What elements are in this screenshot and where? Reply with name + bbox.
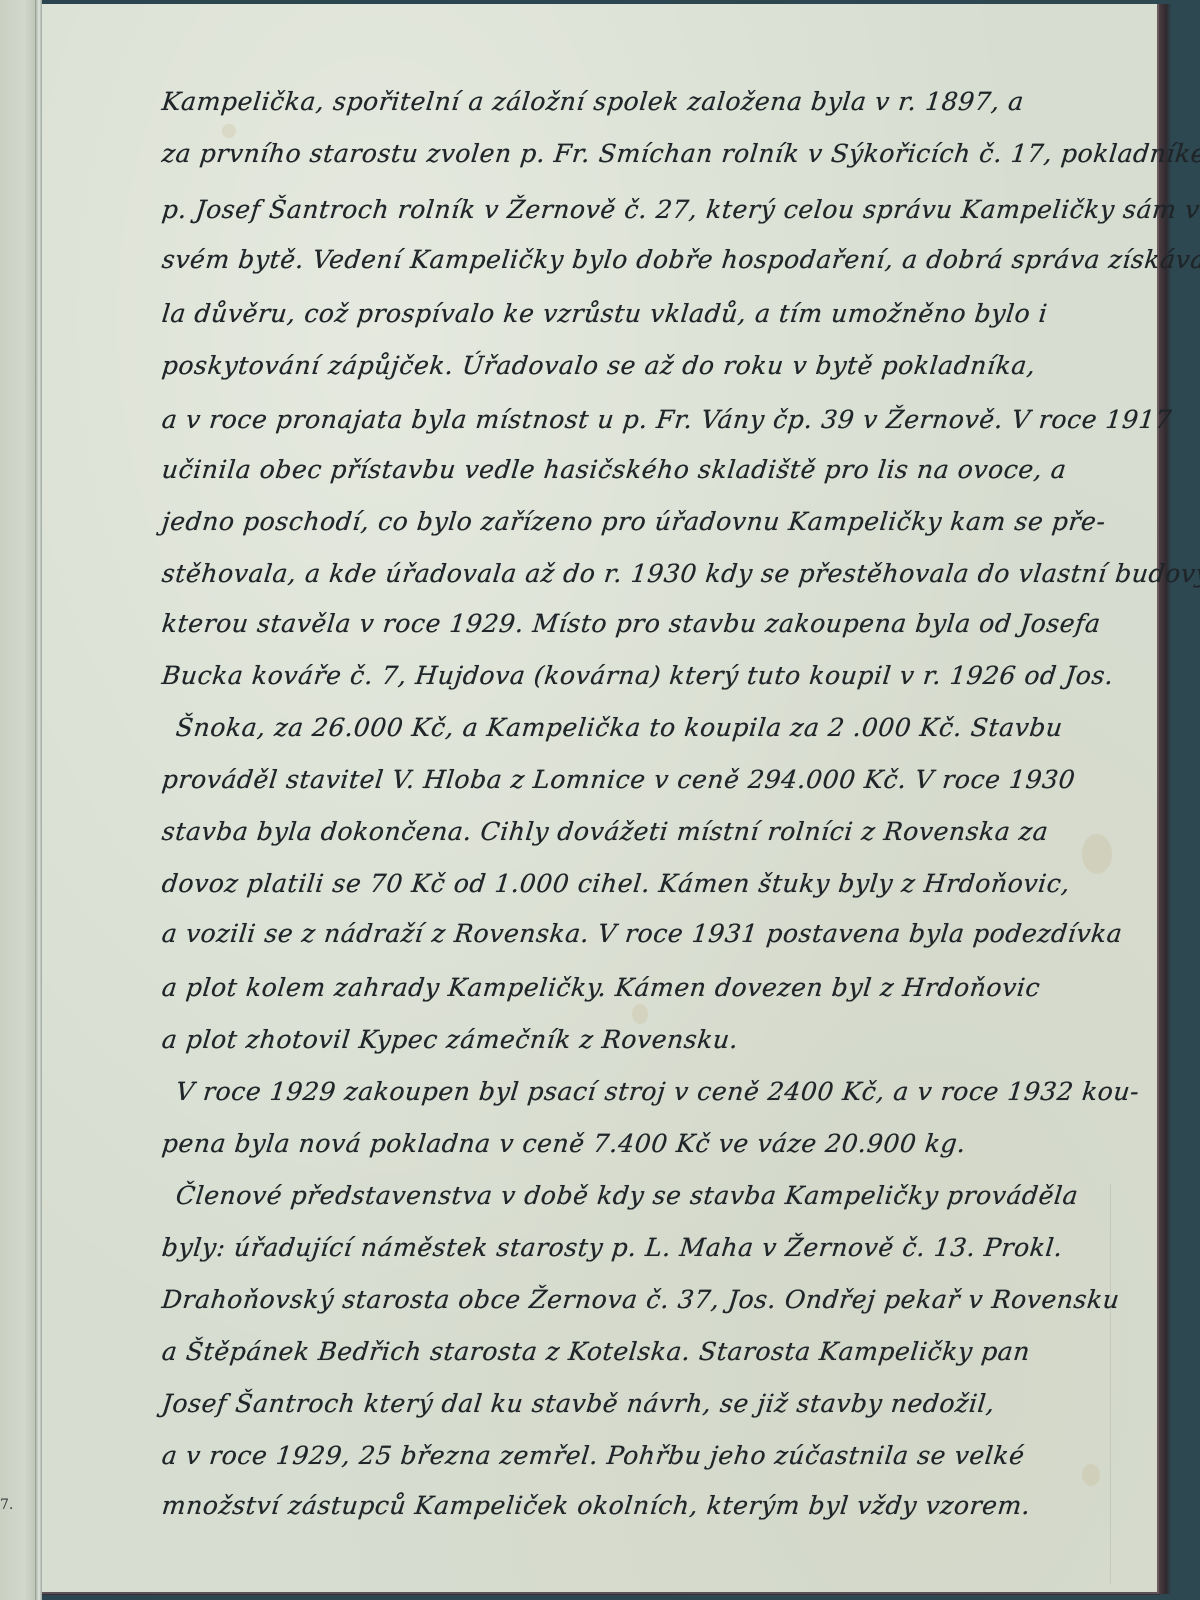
text-line: dovoz platili se 70 Kč od 1.000 cihel. K…: [160, 864, 1154, 904]
text-line: a v roce 1929, 25 března zemřel. Pohřbu …: [160, 1436, 1154, 1476]
text-line: V roce 1929 zakoupen byl psací stroj v c…: [160, 1072, 1154, 1112]
text-line: Bucka kováře č. 7, Hujdova (kovárna) kte…: [160, 656, 1154, 696]
text-line: za prvního starostu zvolen p. Fr. Smícha…: [160, 134, 1154, 174]
text-line: Kampelička, spořitelní a záložní spolek …: [160, 82, 1154, 122]
text-line: pena byla nová pokladna v ceně 7.400 Kč …: [160, 1124, 1154, 1164]
text-line: stavba byla dokončena. Cihly dovážeti mí…: [160, 812, 1154, 852]
left-page-edge: 7.: [0, 0, 36, 1600]
text-line: jedno poschodí, co bylo zařízeno pro úřa…: [160, 502, 1154, 542]
text-line: a plot zhotovil Kypec zámečník z Rovensk…: [160, 1020, 1154, 1060]
text-line: Josef Šantroch který dal ku stavbě návrh…: [160, 1384, 1154, 1424]
text-line: a v roce pronajata byla místnost u p. Fr…: [160, 400, 1154, 440]
text-line: poskytování zápůjček. Úřadovalo se až do…: [160, 346, 1154, 386]
text-line: učinila obec přístavbu vedle hasičského …: [160, 450, 1154, 490]
text-line: Členové představenstva v době kdy se sta…: [160, 1176, 1154, 1216]
text-line: svém bytě. Vedení Kampeličky bylo dobře …: [160, 240, 1154, 280]
handwritten-page: Kampelička, spořitelní a záložní spolek …: [42, 4, 1160, 1594]
text-line: a plot kolem zahrady Kampeličky. Kámen d…: [160, 968, 1154, 1008]
text-line: la důvěru, což prospívalo ke vzrůstu vkl…: [160, 294, 1154, 334]
text-line: stěhovala, a kde úřadovala až do r. 1930…: [160, 554, 1154, 594]
page-stack-edge: [1159, 4, 1171, 1594]
scanned-book-spread: 7. Kampelička, spořitelní a záložní spol…: [0, 0, 1200, 1600]
text-line: a Štěpánek Bedřich starosta z Kotelska. …: [160, 1332, 1154, 1372]
text-line: kterou stavěla v roce 1929. Místo pro st…: [160, 604, 1154, 644]
text-line: Šnoka, za 26.000 Kč, a Kampelička to kou…: [160, 708, 1154, 748]
left-page-mark: 7.: [0, 1497, 13, 1513]
text-line: p. Josef Šantroch rolník v Žernově č. 27…: [160, 190, 1154, 230]
text-line: prováděl stavitel V. Hloba z Lomnice v c…: [160, 760, 1154, 800]
text-line: a vozili se z nádraží z Rovenska. V roce…: [160, 914, 1154, 954]
text-line: Drahoňovský starosta obce Žernova č. 37,…: [160, 1280, 1154, 1320]
text-line: množství zástupců Kampeliček okolních, k…: [160, 1486, 1154, 1526]
text-line: byly: úřadující náměstek starosty p. L. …: [160, 1228, 1154, 1268]
